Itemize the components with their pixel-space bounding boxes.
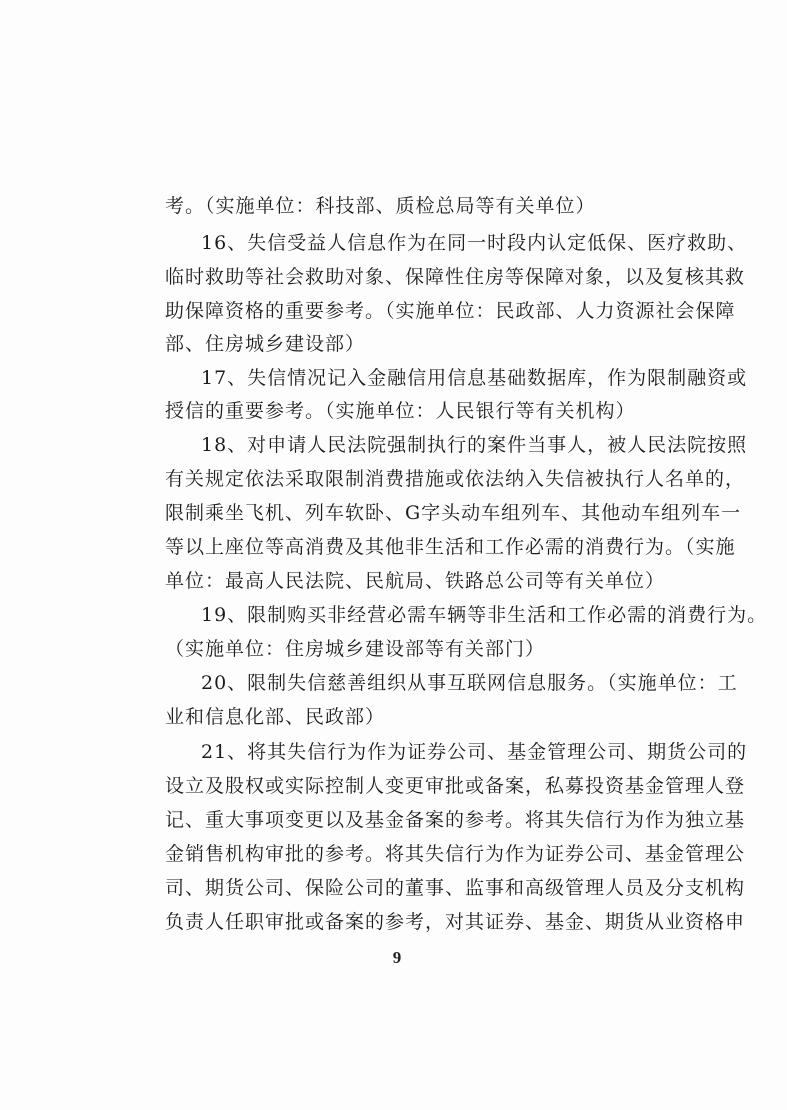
- page-number: 9: [387, 948, 407, 968]
- text-line: 授信的重要参考。（实施单位：人民银行等有关机构）: [165, 397, 669, 425]
- text-line: 记、重大事项变更以及基金备案的参考。将其失信行为作为独立基: [165, 806, 669, 834]
- text-line: 负责人任职审批或备案的参考，对其证券、基金、期货从业资格申: [165, 908, 669, 936]
- text-line: 业和信息化部、民政部）: [165, 703, 669, 731]
- text-line: 司、期货公司、保险公司的董事、监事和高级管理人员及分支机构: [165, 874, 669, 902]
- text-line: （实施单位：住房城乡建设部等有关部门）: [165, 635, 669, 663]
- text-line: 19、限制购买非经营必需车辆等非生活和工作必需的消费行为。: [201, 601, 669, 629]
- text-line: 金销售机构审批的参考。将其失信行为作为证券公司、基金管理公: [165, 840, 669, 868]
- text-line: 16、失信受益人信息作为在同一时段内认定低保、医疗救助、: [201, 229, 669, 257]
- text-line: 有关规定依法采取限制消费措施或依法纳入失信被执行人名单的，: [165, 465, 669, 493]
- text-line: 临时救助等社会救助对象、保障性住房等保障对象，以及复核其救: [165, 263, 669, 291]
- document-page: 考。（实施单位：科技部、质检总局等有关单位）16、失信受益人信息作为在同一时段内…: [0, 0, 787, 1110]
- text-line: 考。（实施单位：科技部、质检总局等有关单位）: [165, 192, 669, 220]
- text-line: 20、限制失信慈善组织从事互联网信息服务。（实施单位：工: [201, 669, 669, 697]
- text-line: 限制乘坐飞机、列车软卧、G字头动车组列车、其他动车组列车一: [165, 499, 669, 527]
- text-line: 21、将其失信行为作为证券公司、基金管理公司、期货公司的: [201, 738, 669, 766]
- text-line: 17、失信情况记入金融信用信息基础数据库，作为限制融资或: [201, 364, 669, 392]
- text-line: 设立及股权或实际控制人变更审批或备案，私募投资基金管理人登: [165, 772, 669, 800]
- text-line: 部、住房城乡建设部）: [165, 330, 669, 358]
- text-line: 助保障资格的重要参考。（实施单位：民政部、人力资源社会保障: [165, 297, 669, 325]
- text-line: 18、对申请人民法院强制执行的案件当事人，被人民法院按照: [201, 431, 669, 459]
- text-line: 等以上座位等高消费及其他非生活和工作必需的消费行为。（实施: [165, 533, 669, 561]
- text-line: 单位：最高人民法院、民航局、铁路总公司等有关单位）: [165, 567, 669, 595]
